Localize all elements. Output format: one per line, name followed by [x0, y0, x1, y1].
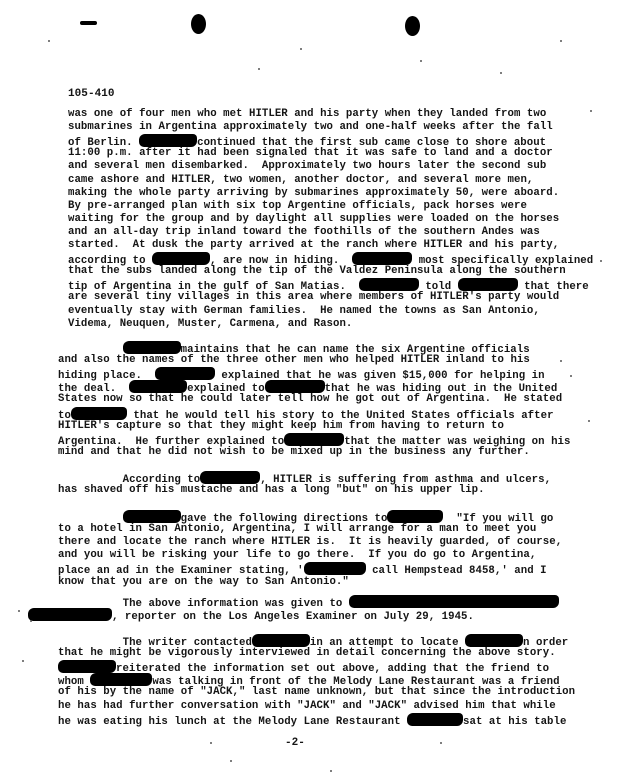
text-segment: By pre-arranged plan with six top Argent… [68, 200, 527, 212]
document-page: 105-410 was one of four men who met HITL… [0, 0, 620, 780]
text-segment: 11:00 p.m. after it had been signaled th… [68, 147, 553, 159]
redaction-block [28, 608, 112, 621]
text-segment: he was eating his lunch at the Melody La… [58, 716, 407, 728]
text-line: and an all-day trip inland toward the fo… [68, 226, 540, 239]
text-segment: and also the names of the three other me… [58, 354, 530, 366]
scan-speck [48, 40, 50, 42]
file-reference-number: 105-410 [68, 88, 115, 101]
text-line: that he might be vigorously interviewed … [58, 647, 556, 660]
text-line: making the whole party arriving by subma… [68, 187, 559, 200]
text-segment: Videma, Neuquen, Muster, Carmena, and Ra… [68, 318, 352, 330]
text-line: started. At dusk the party arrived at th… [68, 239, 559, 252]
text-segment: call Hempstead 8458,' and I [366, 565, 547, 577]
text-segment: waiting for the group and by daylight al… [68, 213, 559, 225]
text-segment: are several tiny villages in this area w… [68, 291, 559, 303]
redaction-block [359, 278, 419, 291]
text-segment: mind and that he did not wish to be mixe… [58, 446, 530, 458]
text-line: States now so that he could later tell h… [58, 393, 562, 406]
scan-speck [570, 375, 572, 377]
text-segment: eventually stay with German families. He… [68, 305, 540, 317]
redaction-block [139, 134, 197, 147]
text-segment: and several men disembarked. Approximate… [68, 160, 546, 172]
text-line: has shaved off his mustache and has a lo… [58, 484, 485, 497]
text-segment: know that you are on the way to San Anto… [58, 576, 349, 588]
redaction-block [123, 341, 181, 354]
text-segment: there and locate the ranch where HITLER … [58, 536, 562, 548]
redaction-block [265, 380, 325, 393]
text-segment: , reporter on the Los Angeles Examiner o… [112, 611, 474, 623]
scan-speck [18, 610, 20, 612]
text-line: HITLER's capture so that they might keep… [58, 420, 504, 433]
text-line: and several men disembarked. Approximate… [68, 160, 546, 173]
redaction-block [465, 634, 523, 647]
page-number: -2- [285, 737, 305, 750]
text-segment: submarines in Argentina approximately tw… [68, 121, 553, 133]
text-segment: he has had further conversation with "JA… [58, 700, 556, 712]
redaction-block [58, 660, 116, 673]
text-line: mind and that he did not wish to be mixe… [58, 446, 530, 459]
text-line: By pre-arranged plan with six top Argent… [68, 200, 527, 213]
text-line: was one of four men who met HITLER and h… [68, 108, 546, 121]
text-line: know that you are on the way to San Anto… [58, 576, 349, 589]
text-segment: started. At dusk the party arrived at th… [68, 239, 559, 251]
text-line: 11:00 p.m. after it had been signaled th… [68, 147, 553, 160]
redaction-block [71, 407, 127, 420]
scan-speck [420, 60, 422, 62]
text-line: and you will be risking your life to go … [58, 549, 536, 562]
text-segment: that the subs landed along the tip of th… [68, 265, 566, 277]
scan-speck [590, 110, 592, 112]
redaction-block [458, 278, 518, 291]
scan-speck [258, 68, 260, 70]
redaction-block [129, 380, 187, 393]
scan-speck [230, 760, 232, 762]
redaction-block [123, 510, 181, 523]
text-line: and also the names of the three other me… [58, 354, 530, 367]
text-segment: that he might be vigorously interviewed … [58, 647, 556, 659]
scan-speck [560, 360, 562, 362]
redaction-block [155, 367, 215, 380]
scan-speck [440, 742, 442, 744]
text-line: , reporter on the Los Angeles Examiner o… [28, 608, 474, 624]
scan-speck [22, 660, 24, 662]
text-line: eventually stay with German families. He… [68, 305, 540, 318]
redaction-block [252, 634, 310, 647]
scan-speck [210, 742, 212, 744]
text-line: to a hotel in San Antonio, Argentina, I … [58, 523, 536, 536]
text-segment: to a hotel in San Antonio, Argentina, I … [58, 523, 536, 535]
text-segment: of his by the name of "JACK," last name … [58, 686, 575, 698]
scan-speck [560, 40, 562, 42]
scan-speck [588, 420, 590, 422]
text-line: he has had further conversation with "JA… [58, 700, 556, 713]
redaction-block [284, 433, 344, 446]
text-line: came ashore and HITLER, two women, anoth… [68, 174, 533, 187]
redaction-block [304, 562, 366, 575]
text-line: waiting for the group and by daylight al… [68, 213, 559, 226]
text-segment: came ashore and HITLER, two women, anoth… [68, 174, 533, 186]
scan-speck [330, 770, 332, 772]
text-line: Videma, Neuquen, Muster, Carmena, and Ra… [68, 318, 352, 331]
text-segment: States now so that he could later tell h… [58, 393, 562, 405]
text-line: submarines in Argentina approximately tw… [68, 121, 553, 134]
scan-speck [500, 72, 502, 74]
scan-speck [300, 48, 302, 50]
text-line: there and locate the ranch where HITLER … [58, 536, 562, 549]
text-segment: sat at his table [463, 716, 566, 728]
text-line: that the subs landed along the tip of th… [68, 265, 566, 278]
redaction-block [387, 510, 443, 523]
redaction-block [90, 673, 152, 686]
redaction-block [352, 252, 412, 265]
text-segment: and an all-day trip inland toward the fo… [68, 226, 540, 238]
redaction-block [349, 595, 559, 608]
text-segment: was one of four men who met HITLER and h… [68, 108, 546, 120]
redaction-block [152, 252, 210, 265]
scan-speck [30, 620, 32, 622]
redaction-block [200, 471, 260, 484]
text-line: of his by the name of "JACK," last name … [58, 686, 575, 699]
redaction-block [407, 713, 463, 726]
punch-hole-mark [191, 14, 206, 34]
scan-speck [600, 260, 602, 262]
punch-hole-mark [405, 16, 420, 36]
text-line: he was eating his lunch at the Melody La… [58, 713, 566, 729]
text-segment: and you will be risking your life to go … [58, 549, 536, 561]
text-segment: making the whole party arriving by subma… [68, 187, 559, 199]
text-segment: has shaved off his mustache and has a lo… [58, 484, 485, 496]
text-segment: HITLER's capture so that they might keep… [58, 420, 504, 432]
text-line: are several tiny villages in this area w… [68, 291, 559, 304]
smudge-mark [80, 21, 97, 25]
